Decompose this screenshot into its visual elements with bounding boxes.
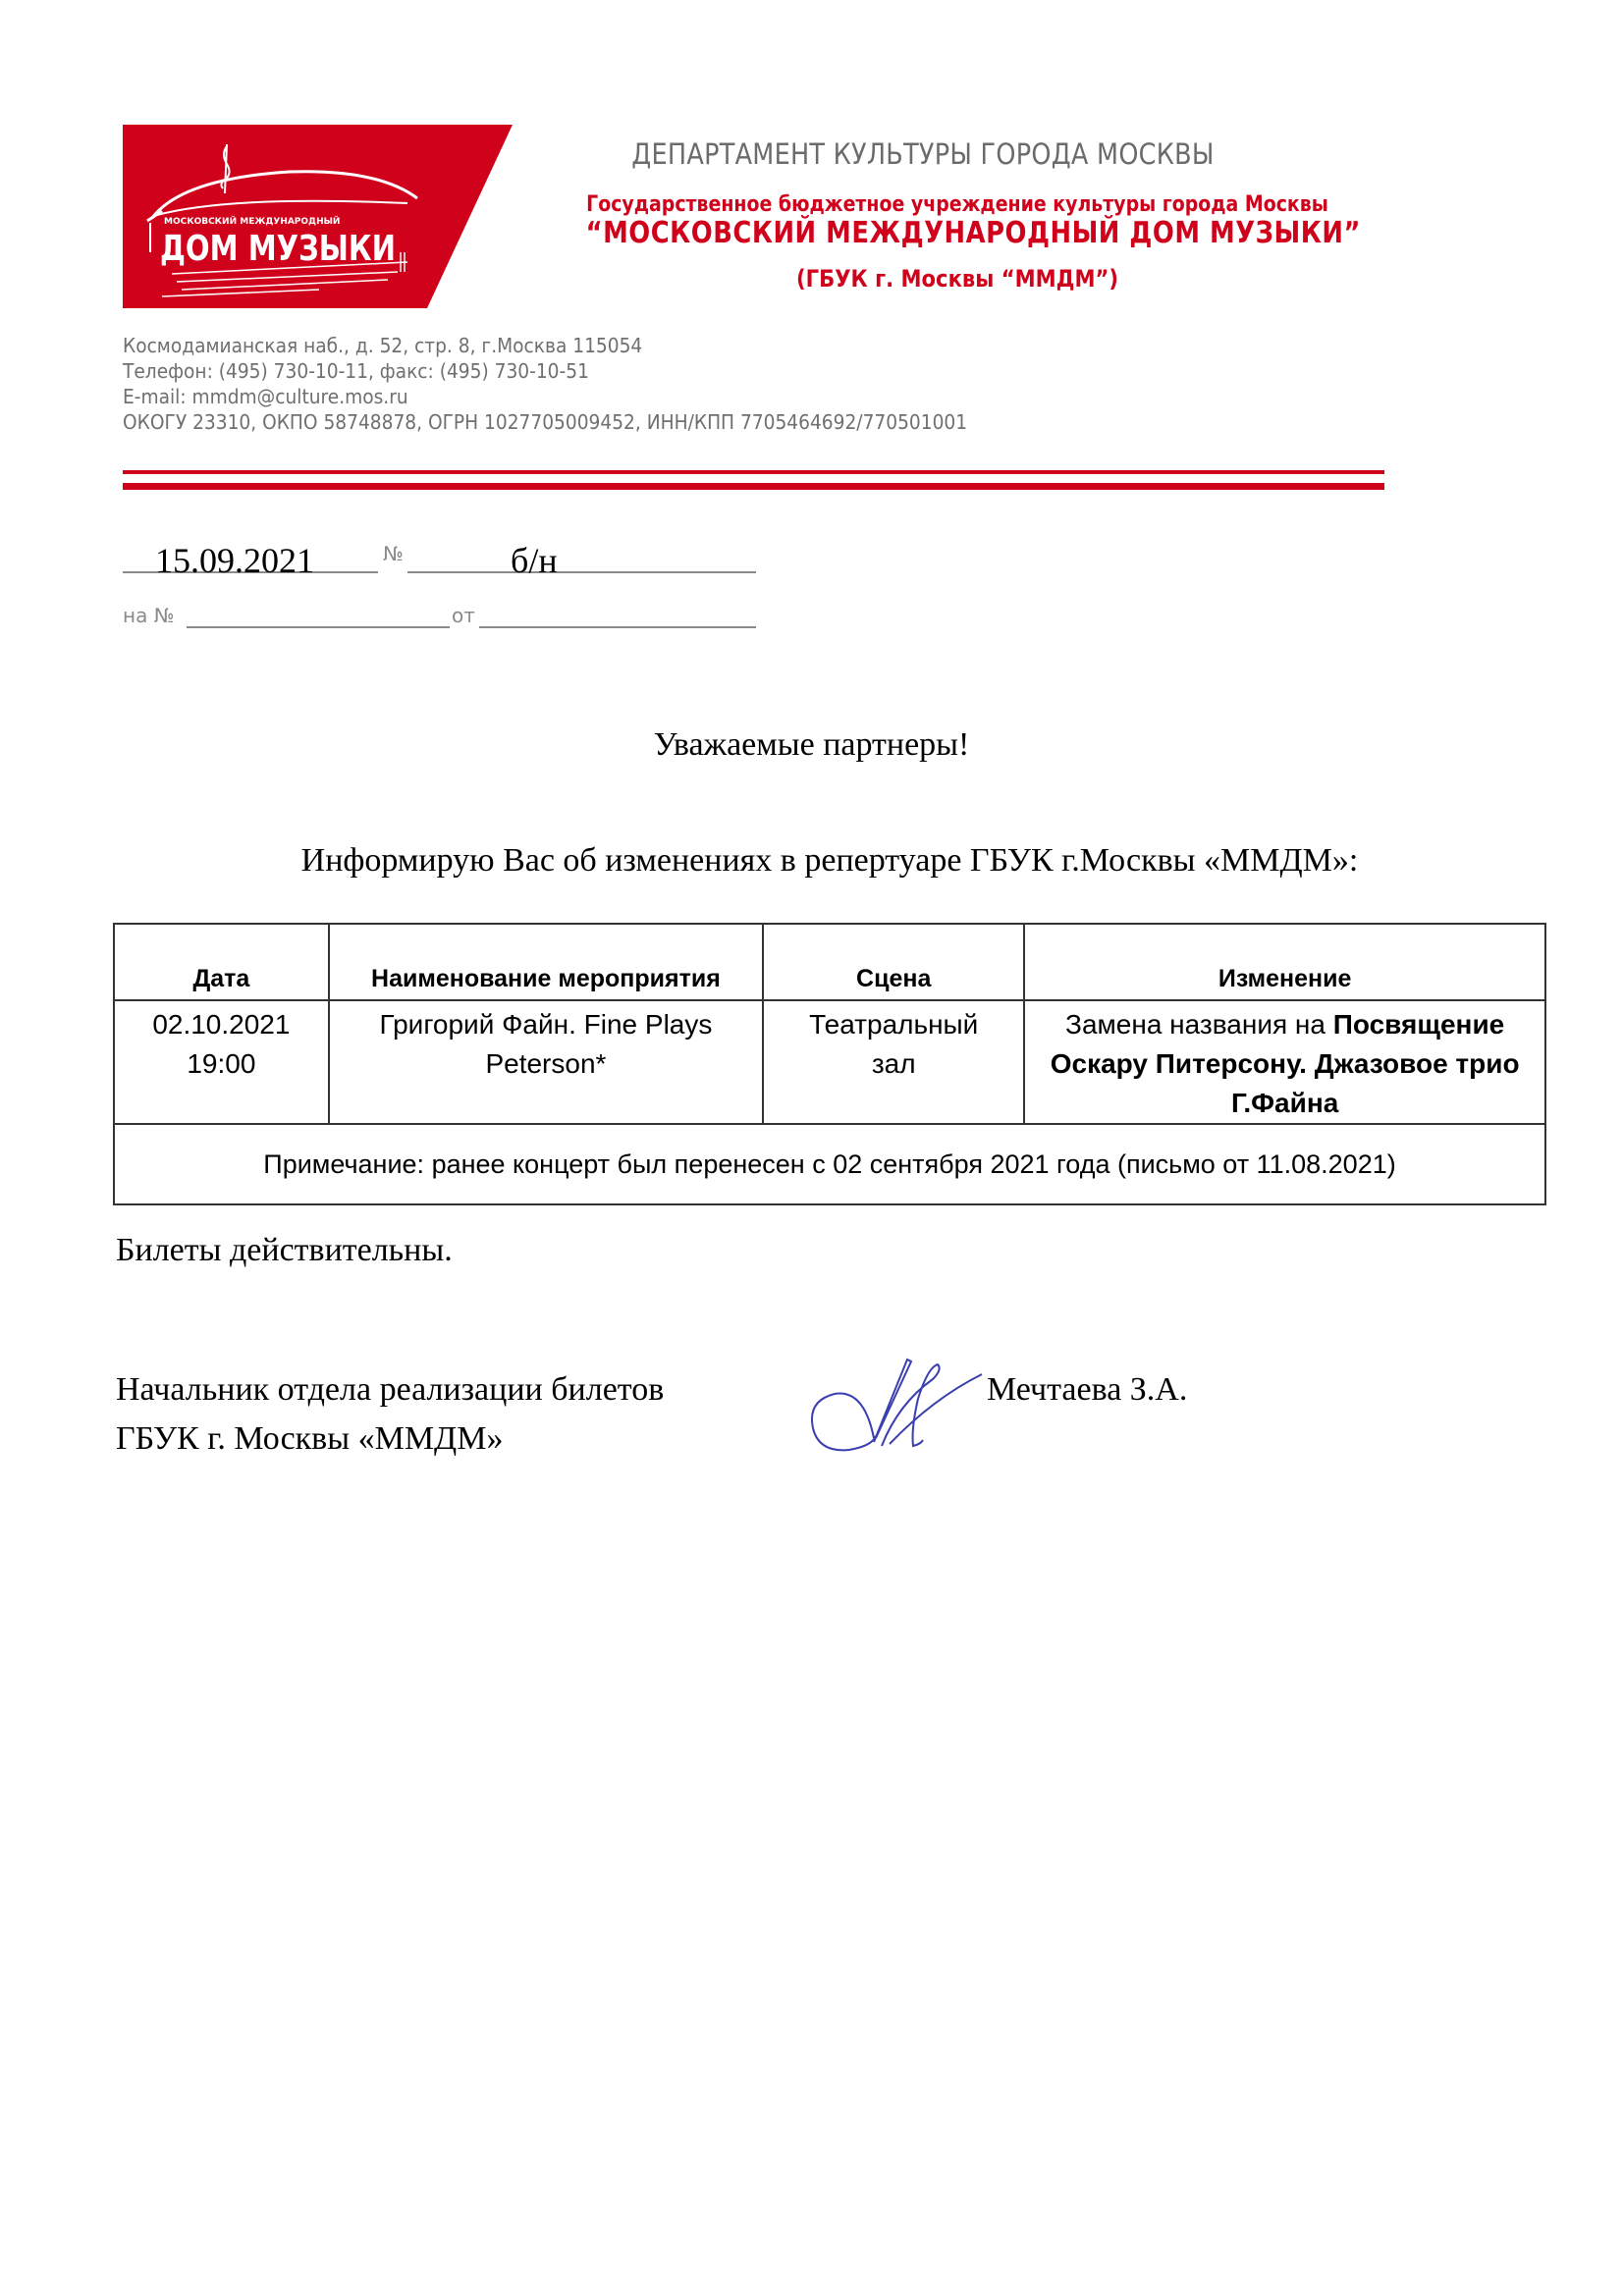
svg-text:ДОМ МУЗЫКИ: ДОМ МУЗЫКИ	[160, 229, 396, 269]
reply-from-label: от	[452, 604, 475, 627]
header-divider-thick	[123, 483, 1384, 490]
department-name: ДЕПАРТАМЕНТ КУЛЬТУРЫ ГОРОДА МОСКВЫ	[577, 137, 1269, 171]
table-note: Примечание: ранее концерт был перенесен …	[114, 1124, 1545, 1204]
event-stage: Театральный зал	[770, 1005, 1017, 1084]
cell-stage: Театральный зал	[763, 1000, 1024, 1124]
header-event: Наименование мероприятия	[329, 924, 763, 1000]
signatory-position: Начальник отдела реализации билетов	[116, 1371, 664, 1409]
event-date: 02.10.2021	[121, 1005, 322, 1044]
contact-address: Космодамианская наб., д. 52, стр. 8, г.М…	[123, 334, 642, 357]
contact-registry-codes: ОКОГУ 23310, ОКПО 58748878, ОГРН 1027705…	[123, 410, 967, 434]
signatory-name: Мечтаева З.А.	[987, 1371, 1187, 1409]
organization-logo: МОСКОВСКИЙ МЕЖДУНАРОДНЫЙ ДОМ МУЗЫКИ	[123, 125, 515, 308]
dom-muzyki-logo-icon: МОСКОВСКИЙ МЕЖДУНАРОДНЫЙ ДОМ МУЗЫКИ	[123, 125, 515, 308]
organization-short-name: (ГБУК г. Москвы “ММДМ”)	[577, 265, 1337, 293]
header-date: Дата	[114, 924, 329, 1000]
repertoire-changes-table: Дата Наименование мероприятия Сцена Изме…	[113, 923, 1546, 1205]
reply-number-field-line	[187, 626, 450, 628]
letter-date: 15.09.2021	[155, 540, 314, 581]
greeting: Уважаемые партнеры!	[0, 726, 1623, 764]
change-prefix: Замена названия на	[1065, 1009, 1333, 1040]
organization-full-type: Государственное бюджетное учреждение кул…	[586, 192, 1329, 217]
reply-to-number-label: на №	[123, 604, 175, 627]
cell-date: 02.10.2021 19:00	[114, 1000, 329, 1124]
number-field-line	[407, 571, 756, 573]
signatory-organization: ГБУК г. Москвы «ММДМ»	[116, 1420, 503, 1458]
table-note-row: Примечание: ранее концерт был перенесен …	[114, 1124, 1545, 1204]
organization-name: “МОСКОВСКИЙ МЕЖДУНАРОДНЫЙ ДОМ МУЗЫКИ”	[586, 216, 1329, 250]
intro-text: Информирую Вас об изменениях в репертуар…	[113, 842, 1546, 880]
handwritten-signature-icon	[805, 1350, 987, 1463]
tickets-valid-note: Билеты действительны.	[116, 1232, 453, 1269]
event-time: 19:00	[121, 1044, 322, 1084]
contact-phone: Телефон: (495) 730-10-11, факс: (495) 73…	[123, 359, 589, 383]
table-row: 02.10.2021 19:00 Григорий Файн. Fine Pla…	[114, 1000, 1545, 1124]
cell-event: Григорий Файн. Fine Plays Peterson*	[329, 1000, 763, 1124]
header-divider-thin	[123, 470, 1384, 474]
event-name: Григорий Файн. Fine Plays Peterson*	[336, 1005, 756, 1084]
reply-date-field-line	[479, 626, 756, 628]
header-stage: Сцена	[763, 924, 1024, 1000]
number-label: №	[383, 542, 404, 565]
cell-change: Замена названия на Посвящение Оскару Пит…	[1024, 1000, 1545, 1124]
contact-email: E-mail: mmdm@culture.mos.ru	[123, 385, 408, 408]
svg-text:МОСКОВСКИЙ МЕЖДУНАРОДНЫЙ: МОСКОВСКИЙ МЕЖДУНАРОДНЫЙ	[164, 215, 340, 227]
table-header-row: Дата Наименование мероприятия Сцена Изме…	[114, 924, 1545, 1000]
letter-number: б/н	[511, 540, 558, 581]
header-change: Изменение	[1024, 924, 1545, 1000]
